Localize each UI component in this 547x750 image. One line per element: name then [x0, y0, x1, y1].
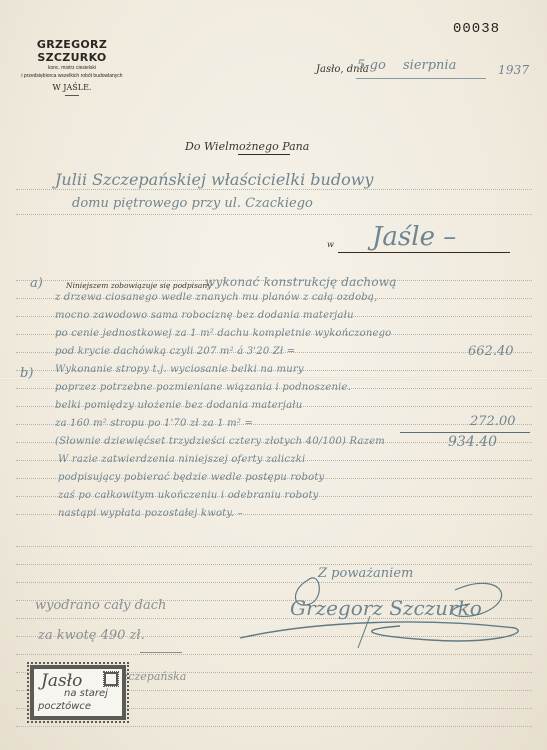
- terms-line-1: W razie zatwierdzenia niniejszej oferty …: [58, 454, 305, 465]
- item-b-line-3: belki pomiędzy ułożenie bez dodania mate…: [55, 400, 302, 411]
- date-month: sierpnia: [403, 58, 456, 73]
- city-prefix: w: [327, 240, 334, 249]
- item-b-line-1: Wykonanie stropy t.j. wyciosanie belki n…: [55, 364, 304, 375]
- company-name: GRZEGORZ SZCZURKO: [12, 38, 132, 64]
- total-in-words: (Słownie dziewięćset trzydzieści cztery …: [55, 436, 385, 447]
- item-a-line-1: wykonać konstrukcję dachową: [205, 275, 397, 289]
- terms-line-3: zaś po całkowitym ukończeniu i odebraniu…: [58, 490, 319, 501]
- item-b-line-4: za 160 m² stropu po 1'70 zł za 1 m² =: [55, 418, 253, 429]
- addressee-name-line: Julii Szczepańskiej właścicielki budowy: [55, 170, 373, 189]
- item-b-amount: 272.00: [470, 414, 516, 429]
- date-underline: [356, 78, 486, 79]
- divider: [65, 95, 79, 96]
- terms-line-4: nastąpi wypłata pozostałej kwoty. –: [58, 508, 243, 519]
- letterhead-city: W JAŚLE.: [12, 83, 132, 92]
- document-number: 00038: [453, 21, 500, 37]
- item-b-marker: b): [20, 366, 33, 381]
- pencil-note-line-1: wyodrano cały dach: [35, 598, 166, 613]
- postage-stamp-icon: [104, 672, 118, 686]
- item-a-line-5: pod krycie dachówką czyli 207 m² á 3'20 …: [55, 346, 295, 357]
- item-a-line-4: po cenie jednostkowej za 1 m² dachu komp…: [55, 328, 391, 339]
- item-b-line-2: poprzez potrzebne pozmieniane wiązania i…: [55, 382, 351, 393]
- item-a-marker: a): [30, 276, 43, 291]
- pencil-note-line-2: za kwotę 490 zł.: [38, 628, 145, 643]
- sum-line: [400, 432, 530, 433]
- item-a-line-3: mocno zawodowo sama robociznę bez dodani…: [55, 310, 354, 321]
- fold-crease: [0, 377, 547, 380]
- item-a-line-2: z drzewa ciosanego wedle znanych mu plan…: [55, 292, 377, 303]
- city-underline: [338, 252, 510, 253]
- addressee-city: Jaśle –: [372, 222, 456, 252]
- pencil-underline: [140, 652, 182, 653]
- total-amount: 934.40: [448, 434, 497, 450]
- watermark-subtitle-1: na starej: [64, 688, 108, 699]
- date-day: 5-go: [357, 58, 386, 73]
- letterhead-description: i przedsiębiorca wszelkich robót budowla…: [12, 73, 132, 80]
- letterhead: GRZEGORZ SZCZURKO konc. mistrz ciesielsk…: [12, 38, 132, 96]
- printed-intro: Niniejszem zobowiązuje się podpisany: [66, 281, 211, 290]
- item-a-amount: 662.40: [468, 344, 514, 359]
- salutation: Do Wielmożnego Pana: [185, 140, 309, 153]
- watermark-stamp: Jasło na starej pocztówce: [30, 665, 126, 720]
- addressee-address-line: domu piętrowego przy ul. Czackiego: [72, 196, 313, 211]
- letterhead-title: konc. mistrz ciesielski: [12, 65, 132, 72]
- date-year: 1937: [498, 63, 529, 77]
- watermark-subtitle-2: pocztówce: [38, 701, 91, 712]
- terms-line-2: podpisujący pobierać będzie wedle postęp…: [58, 472, 324, 483]
- salutation-underline: [238, 154, 290, 155]
- signature-flourish-icon: [230, 560, 530, 650]
